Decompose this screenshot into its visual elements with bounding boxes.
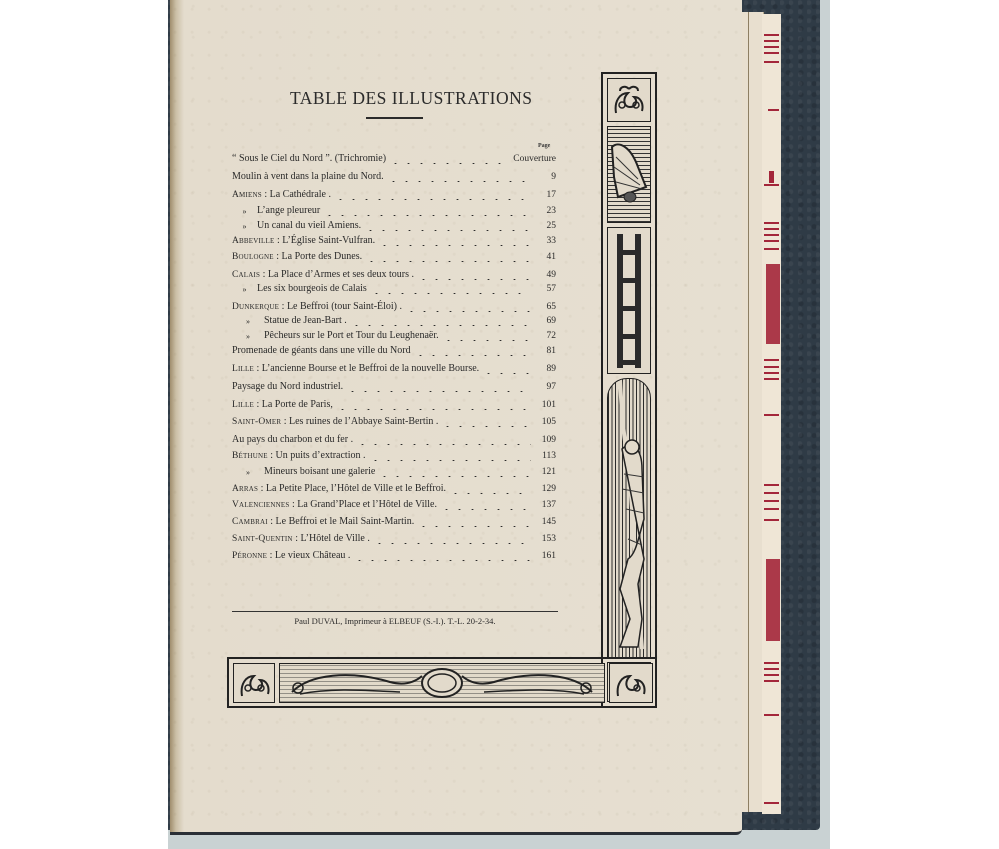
dot-leader xyxy=(369,451,532,461)
toc-entry: Saint-Quentin : L’Hôtel de Ville .153 xyxy=(232,530,556,544)
toc-entry: Promenade de géants dans une ville du No… xyxy=(232,342,556,356)
toc-page-number: 153 xyxy=(534,534,556,544)
toc-page-number: 145 xyxy=(534,517,556,527)
toc-entry: Péronne : Le vieux Château .161 xyxy=(232,547,556,561)
toc-place-name: Saint-Quentin xyxy=(232,534,293,544)
toc-page-number: 49 xyxy=(534,270,556,280)
toc-entry: “ Sous le Ciel du Nord ”. (Trichromie)Co… xyxy=(232,150,556,164)
ditto-mark: » xyxy=(232,317,264,326)
toc-page-number: 113 xyxy=(534,451,556,461)
toc-entry: Lille : La Porte de Paris,101 xyxy=(232,396,556,410)
dot-leader xyxy=(449,484,531,494)
dot-leader xyxy=(441,417,531,427)
toc-page-number: 137 xyxy=(534,500,556,510)
toc-entry-title: : La Porte de Paris, xyxy=(256,399,332,410)
toc-entry-title: : L’Hôtel de Ville . xyxy=(295,533,370,544)
toc-entry: Valenciennes : La Grand’Place et l’Hôtel… xyxy=(232,496,556,510)
dot-leader xyxy=(442,331,531,341)
dot-leader xyxy=(378,467,531,477)
ditto-mark: » xyxy=(232,207,257,216)
dot-leader xyxy=(353,551,531,561)
dot-leader xyxy=(405,302,531,312)
toc-page-number: 109 xyxy=(534,435,556,445)
toc-entry-title: Moulin à vent dans la plaine du Nord. xyxy=(232,171,384,182)
dot-leader xyxy=(323,206,531,216)
toc-place-name: Calais xyxy=(232,270,260,280)
toc-entry: »Pêcheurs sur le Port et Tour du Leughen… xyxy=(232,327,556,341)
toc-page-number: 17 xyxy=(534,190,556,200)
toc-entry-title: Un canal du vieil Amiens. xyxy=(257,220,361,231)
toc-page-number: 72 xyxy=(534,331,556,341)
toc-place-name: Abbeville xyxy=(232,236,275,246)
toc-page-number: 25 xyxy=(534,221,556,231)
toc-entry-title: Les six bourgeois de Calais xyxy=(257,283,367,294)
toc-entry-title: : La Porte des Dunes. xyxy=(276,251,362,262)
toc-entry: »Mineurs boisant une galerie121 xyxy=(232,463,556,477)
toc-entry: Lille : L’ancienne Bourse et le Beffroi … xyxy=(232,360,556,374)
horizontal-ornamental-border xyxy=(227,657,657,708)
toc-entry: Abbeville : L’Église Saint-Vulfran.33 xyxy=(232,232,556,246)
toc-place-name: Boulogne xyxy=(232,252,274,262)
toc-entry-title: Paysage du Nord industriel. xyxy=(232,381,343,392)
toc-entry: Béthune : Un puits d’extraction .113 xyxy=(232,447,556,461)
toc-place-name: Cambrai xyxy=(232,517,268,527)
scroll-foliage-cartouche-icon xyxy=(279,663,605,703)
rope-puller-figure-icon xyxy=(607,378,651,658)
dot-leader xyxy=(350,316,531,326)
toc-entry-title: Statue de Jean-Bart . xyxy=(264,315,347,326)
toc-entry: Arras : La Petite Place, l’Hôtel de Vill… xyxy=(232,480,556,494)
toc-place-name: Béthune xyxy=(232,451,268,461)
dot-leader xyxy=(482,364,531,374)
toc-page-number: 69 xyxy=(534,316,556,326)
acanthus-corner-icon xyxy=(607,78,651,122)
toc-entry: »Statue de Jean-Bart .69 xyxy=(232,312,556,326)
toc-page-number: 105 xyxy=(534,417,556,427)
toc-entry-title: Au pays du charbon et du fer . xyxy=(232,434,353,445)
title-underline xyxy=(366,117,423,119)
dot-leader xyxy=(387,172,531,182)
toc-entry-title: Promenade de géants dans une ville du No… xyxy=(232,345,411,356)
toc-page-number: 33 xyxy=(534,236,556,246)
toc-page-number: 9 xyxy=(534,172,556,182)
toc-place-name: Lille xyxy=(232,364,254,374)
toc-page-number: 23 xyxy=(534,206,556,216)
toc-page-number: Couverture xyxy=(513,154,556,164)
dot-leader xyxy=(364,221,531,231)
imprint-divider xyxy=(232,611,558,612)
toc-entry-title: : Le vieux Château . xyxy=(270,550,351,561)
page-column-header: Page xyxy=(538,143,550,149)
toc-page-number: 57 xyxy=(534,284,556,294)
toc-place-name: Saint-Omer xyxy=(232,417,281,427)
printer-imprint: Paul DUVAL, Imprimeur à ELBEUF (S.-I.). … xyxy=(232,616,558,626)
dot-leader xyxy=(373,534,531,544)
toc-entry-title: : La Grand’Place et l’Hôtel de Ville. xyxy=(292,499,437,510)
page-stack-edge xyxy=(740,12,764,812)
dot-leader xyxy=(440,500,531,510)
dot-leader xyxy=(356,435,531,445)
toc-entry-title: Pêcheurs sur le Port et Tour du Leughena… xyxy=(264,330,439,341)
dot-leader xyxy=(334,190,531,200)
toc-entry: Cambrai : Le Beffroi et le Mail Saint-Ma… xyxy=(232,513,556,527)
toc-entry-title: : Le Beffroi et le Mail Saint-Martin. xyxy=(270,516,414,527)
dot-leader xyxy=(378,236,531,246)
toc-page-number: 121 xyxy=(534,467,556,477)
dot-leader xyxy=(370,284,531,294)
dot-leader xyxy=(417,517,531,527)
toc-page-number: 129 xyxy=(534,484,556,494)
dot-leader xyxy=(414,346,531,356)
toc-entry: Calais : La Place d’Armes et ses deux to… xyxy=(232,266,556,280)
toc-entry: »Les six bourgeois de Calais57 xyxy=(232,280,556,294)
toc-place-name: Dunkerque xyxy=(232,302,279,312)
bell-icon xyxy=(607,126,651,223)
toc-page-number: 161 xyxy=(534,551,556,561)
toc-entry: »Un canal du vieil Amiens.25 xyxy=(232,217,556,231)
toc-entry-title: : Un puits d’extraction . xyxy=(270,450,365,461)
toc-entry: Paysage du Nord industriel.97 xyxy=(232,378,556,392)
toc-page-number: 89 xyxy=(534,364,556,374)
toc-entry: Boulogne : La Porte des Dunes.41 xyxy=(232,248,556,262)
dot-leader xyxy=(417,270,531,280)
toc-entry-title: : Les ruines de l’Abbaye Saint-Bertin . xyxy=(284,416,439,427)
acanthus-corner-icon xyxy=(233,663,275,703)
toc-entry: Dunkerque : Le Beffroi (tour Saint-Éloi)… xyxy=(232,298,556,312)
ditto-mark: » xyxy=(232,468,264,477)
toc-entry-title: Mineurs boisant une galerie xyxy=(264,466,375,477)
toc-entry-title: : La Petite Place, l’Hôtel de Ville et l… xyxy=(261,483,446,494)
toc-entry-title: : La Place d’Armes et ses deux tours . xyxy=(263,269,414,280)
ditto-mark: » xyxy=(232,222,257,231)
toc-entry-title: : L’Église Saint-Vulfran. xyxy=(277,235,375,246)
dot-leader xyxy=(336,400,531,410)
ditto-mark: » xyxy=(232,285,257,294)
dot-leader xyxy=(365,252,531,262)
toc-page-number: 41 xyxy=(534,252,556,262)
toc-entry-title: : La Cathédrale . xyxy=(264,189,331,200)
dot-leader xyxy=(389,154,510,164)
toc-page-number: 97 xyxy=(534,382,556,392)
toc-page-number: 81 xyxy=(534,346,556,356)
ladder-icon xyxy=(607,227,651,374)
endpaper-decorated xyxy=(762,14,781,814)
toc-entry-title: : L’ancienne Bourse et le Beffroi de la … xyxy=(256,363,479,374)
toc-place-name: Arras xyxy=(232,484,258,494)
toc-place-name: Valenciennes xyxy=(232,500,289,510)
vertical-ornamental-border xyxy=(601,72,657,708)
acanthus-corner-icon xyxy=(609,663,653,703)
toc-entry: Saint-Omer : Les ruines de l’Abbaye Sain… xyxy=(232,413,556,427)
toc-page-number: 65 xyxy=(534,302,556,312)
toc-entry: Au pays du charbon et du fer .109 xyxy=(232,431,556,445)
toc-place-name: Lille xyxy=(232,400,254,410)
toc-place-name: Péronne xyxy=(232,551,267,561)
toc-entry: Moulin à vent dans la plaine du Nord.9 xyxy=(232,168,556,182)
toc-entry-title: “ Sous le Ciel du Nord ”. (Trichromie) xyxy=(232,153,386,164)
toc-entry: »L’ange pleureur23 xyxy=(232,202,556,216)
toc-place-name: Amiens xyxy=(232,190,262,200)
dot-leader xyxy=(346,382,531,392)
toc-entry-title: L’ange pleureur xyxy=(257,205,320,216)
toc-entry-title: : Le Beffroi (tour Saint-Éloi) . xyxy=(282,301,402,312)
toc-page-number: 101 xyxy=(534,400,556,410)
page-title: TABLE DES ILLUSTRATIONS xyxy=(290,88,500,109)
ditto-mark: » xyxy=(232,332,264,341)
toc-entry: Amiens : La Cathédrale .17 xyxy=(232,186,556,200)
